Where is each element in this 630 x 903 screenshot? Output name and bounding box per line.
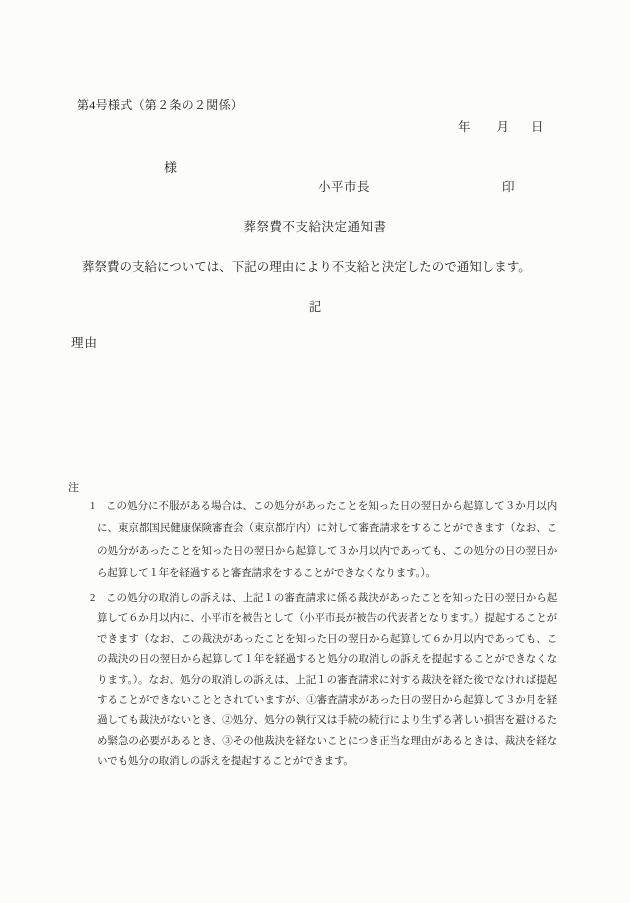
note-item-2: 2 この処分の取消しの訴えは、上記１の審査請求に係る裁決があったことを知った日の…: [97, 589, 557, 773]
seal-placeholder: 印: [502, 177, 515, 195]
date-year-label: 年: [458, 120, 471, 134]
date-line: 年月日: [458, 117, 544, 135]
note-text-1: この処分に不服がある場合は、この処分があったことを知った日の翌日から起算して３か…: [97, 496, 557, 585]
notes-label: 注: [68, 479, 79, 495]
note-item-1: 1 この処分に不服がある場合は、この処分があったことを知った日の翌日から起算して…: [97, 496, 557, 585]
record-marker: 記: [0, 297, 630, 315]
document-page: 第4号様式（第２条の２関係） 年月日 様 小平市長 印 葬祭費不支給決定通知書 …: [0, 0, 630, 903]
document-title: 葬祭費不支給決定通知書: [0, 217, 630, 235]
note-text-2: この処分の取消しの訴えは、上記１の審査請求に係る裁決があったことを知った日の翌日…: [97, 589, 557, 773]
note-number-2: 2: [90, 589, 95, 609]
date-month-label: 月: [497, 120, 510, 134]
addressee-honorific: 様: [164, 157, 177, 176]
issuer-name: 小平市長: [318, 177, 370, 195]
form-number: 第4号様式（第２条の２関係）: [77, 96, 243, 113]
reason-label: 理由: [71, 333, 98, 351]
body-paragraph: 葬祭費の支給については、下記の理由により不支給と決定したので通知します。: [82, 257, 531, 275]
note-number-1: 1: [90, 496, 95, 518]
date-day-label: 日: [531, 120, 544, 134]
